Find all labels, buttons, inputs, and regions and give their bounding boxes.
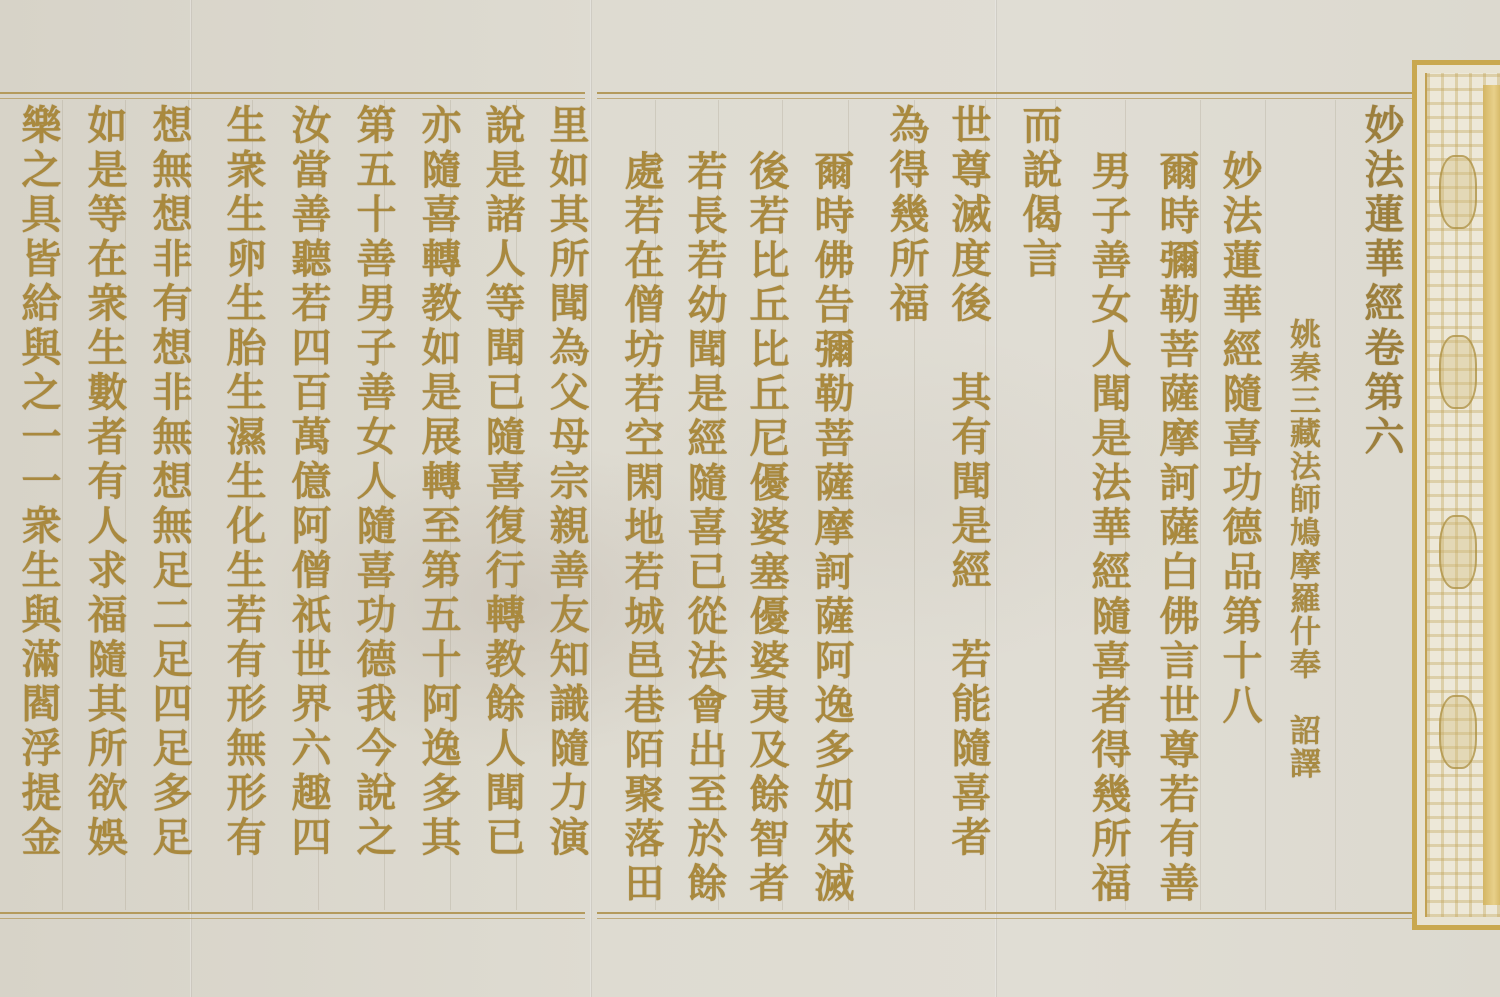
verse-column: 為得幾所福 [870, 104, 928, 327]
fold-line [995, 0, 997, 997]
top-rule-right [597, 92, 1412, 94]
bottom-rule-right [597, 912, 1412, 914]
text-column: 說是諸人等聞已隨喜復行轉教餘人聞已 [466, 104, 524, 861]
vajra-motif-icon [1439, 335, 1477, 409]
text-column: 里如其所聞為父母宗親善友知識隨力演 [530, 104, 588, 861]
ornamental-border [1412, 60, 1500, 930]
text-column: 樂之具皆給與之一一衆生與滿閻浮提金 [2, 104, 60, 861]
column-guide [1335, 100, 1336, 910]
text-column: 若長若幼聞是經隨喜已從法會出至於餘 [668, 150, 726, 907]
bottom-rule-left [0, 912, 585, 914]
text-column: 而說偈言 [1003, 104, 1061, 282]
text-column: 汝當善聽若四百萬億阿僧祇世界六趣四 [272, 104, 330, 861]
text-column: 第五十善男子善女人隨喜功德我今說之 [337, 104, 395, 861]
column-guide [62, 100, 63, 910]
vajra-motif-icon [1439, 695, 1477, 769]
text-column: 如是等在衆生數者有人求福隨其所欲娛 [68, 104, 126, 861]
chapter-title-column: 妙法蓮華經隨喜功德品第十八 [1203, 150, 1261, 729]
top-rule-left [0, 92, 585, 94]
fold-line [590, 0, 592, 997]
text-column: 爾時佛告彌勒菩薩摩訶薩阿逸多如來滅 [795, 150, 853, 907]
column-guide [1200, 100, 1201, 910]
text-column: 男子善女人聞是法華經隨喜者得幾所福 [1072, 150, 1130, 907]
text-column: 處若在僧坊若空閑地若城邑巷陌聚落田 [605, 150, 663, 907]
text-column: 想無想非有想非無想無足二足四足多足 [133, 104, 191, 861]
scroll-title-column: 妙法蓮華經卷第六 [1345, 104, 1403, 460]
translator-column: 姚秦三藏法師鳩摩羅什奉 詔譯 [1266, 318, 1324, 780]
text-column: 生衆生卵生胎生濕生化生若有形無形有 [207, 104, 265, 861]
vajra-motif-icon [1439, 155, 1477, 229]
text-column: 亦隨喜轉教如是展轉至第五十阿逸多其 [402, 104, 460, 861]
text-column: 爾時彌勒菩薩摩訶薩白佛言世尊若有善 [1140, 150, 1198, 907]
gold-border-strip [1483, 85, 1500, 905]
text-column: 後若比丘比丘尼優婆塞優婆夷及餘智者 [730, 150, 788, 907]
vajra-motif-icon [1439, 515, 1477, 589]
verse-column: 世尊滅度後 其有聞是經 若能隨喜者 [932, 104, 990, 861]
